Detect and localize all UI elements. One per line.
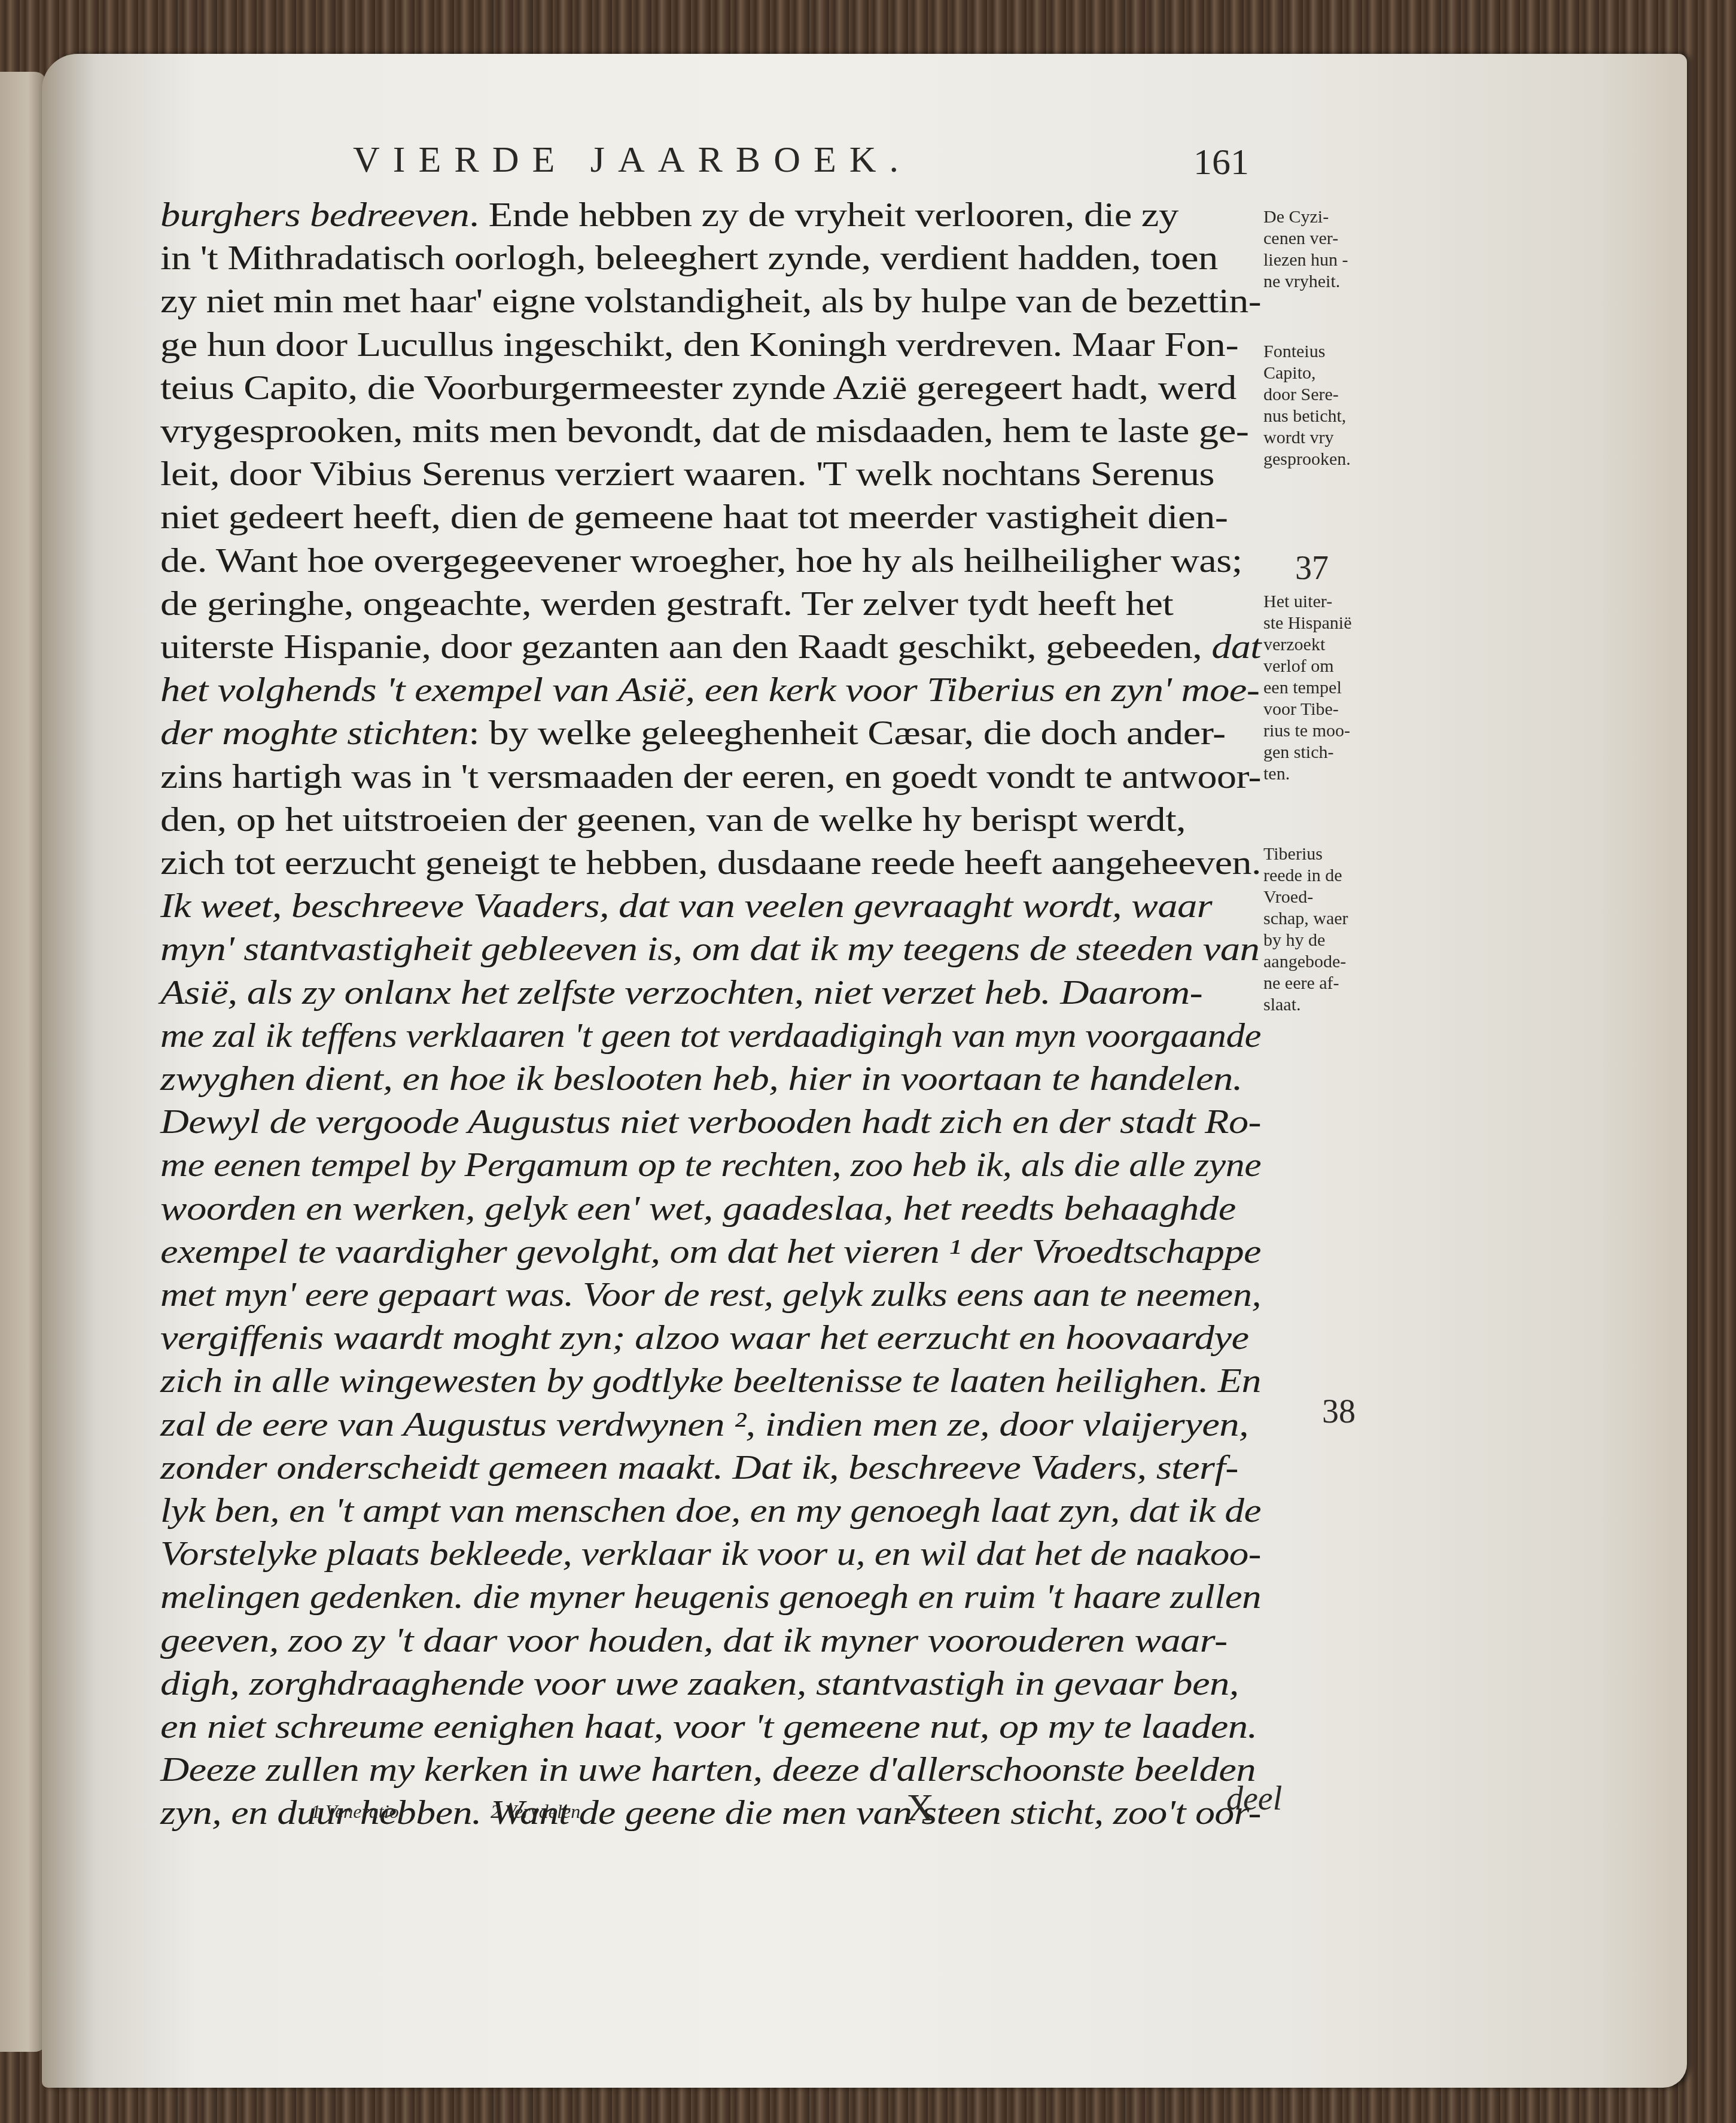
margin-note-line: Tiberius	[1263, 843, 1323, 865]
signature-mark: X	[906, 1786, 934, 1830]
footnote-1: 1 Veneratio.	[311, 1801, 404, 1823]
italic-segment: exempel te vaardigher gevolght, om dat h…	[160, 1232, 1261, 1271]
margin-note-line: Capito,	[1263, 363, 1316, 384]
italic-segment: zonder onderscheidt gemeen maakt. Dat ik…	[160, 1448, 1238, 1487]
text-line: woorden en werken, gelyk een' wet, gaade…	[160, 1188, 1236, 1228]
margin-note-line: ten.	[1263, 763, 1290, 785]
text-line: de. Want hoe overgegeevener wroegher, ho…	[160, 540, 1242, 580]
roman-segment: ge hun door Lucullus ingeschikt, den Kon…	[160, 325, 1238, 364]
margin-note-line: rius te moo-	[1263, 720, 1350, 742]
margin-note-line: aangebode-	[1263, 951, 1346, 973]
italic-segment: lyk ben, en 't ampt van menschen doe, en…	[160, 1491, 1261, 1530]
text-line: me zal ik teffens verklaaren 't geen tot…	[160, 1015, 1261, 1055]
section-number: 37	[1295, 549, 1329, 587]
italic-segment: me eenen tempel by Pergamum op te rechte…	[160, 1145, 1261, 1184]
italic-segment: der moghte stichten	[160, 713, 468, 752]
margin-note-line: ne eere af-	[1263, 973, 1339, 994]
italic-segment: en niet schreume eenighen haat, voor 't …	[160, 1707, 1257, 1746]
text-line: vergiffenis waardt moght zyn; alzoo waar…	[160, 1317, 1249, 1357]
running-header: VIERDE JAARBOEK.	[353, 139, 912, 181]
text-line: Dewyl de vergoode Augustus niet verboode…	[160, 1101, 1261, 1141]
italic-segment: met myn' eere gepaart was. Voor de rest,…	[160, 1275, 1261, 1314]
italic-segment: Ik weet, beschreeve Vaaders, dat van vee…	[160, 886, 1212, 925]
italic-segment: me zal ik teffens verklaaren 't geen tot…	[160, 1016, 1261, 1055]
roman-segment: in 't Mithradatisch oorlogh, beleeghert …	[160, 238, 1218, 277]
text-line: digh, zorghdraaghende voor uwe zaaken, s…	[160, 1663, 1239, 1703]
roman-segment: vrygesprooken, mits men bevondt, dat de …	[160, 411, 1248, 450]
italic-segment: vergiffenis waardt moght zyn; alzoo waar…	[160, 1318, 1249, 1357]
italic-segment: Vorstelyke plaats bekleede, verklaar ik …	[160, 1534, 1261, 1573]
margin-note-line: voor Tibe-	[1263, 699, 1339, 720]
catchword: deel	[1226, 1780, 1282, 1818]
italic-segment: woorden en werken, gelyk een' wet, gaade…	[160, 1189, 1236, 1227]
text-line: Vorstelyke plaats bekleede, verklaar ik …	[160, 1533, 1261, 1573]
section-number: 38	[1322, 1393, 1356, 1431]
text-line: der moghte stichten: by welke geleeghenh…	[160, 712, 1226, 753]
roman-segment: : by welke geleeghenheit Cæsar, die doch…	[468, 713, 1225, 752]
text-line: met myn' eere gepaart was. Voor de rest,…	[160, 1274, 1261, 1314]
margin-note-line: nus beticht,	[1263, 406, 1346, 427]
text-line: niet gedeert heeft, dien de gemeene haat…	[160, 497, 1228, 537]
text-line: burghers bedreeven. Ende hebben zy de vr…	[160, 194, 1178, 234]
margin-note-line: Het uiter-	[1263, 591, 1332, 613]
text-line: zins hartigh was in 't versmaaden der ee…	[160, 756, 1261, 796]
text-line: zy niet min met haar' eigne volstandighe…	[160, 281, 1261, 321]
text-line: en niet schreume eenighen haat, voor 't …	[160, 1706, 1257, 1746]
facing-page-edge	[0, 72, 47, 2052]
margin-note-line: Fonteius	[1263, 341, 1325, 363]
italic-segment: myn' stantvastigheit gebleeven is, om da…	[160, 929, 1259, 968]
margin-note-line: reede in de	[1263, 865, 1342, 887]
text-line: Asië, als zy onlanx het zelfste verzocht…	[160, 972, 1202, 1012]
text-line: zal de eere van Augustus verdwynen ², in…	[160, 1404, 1248, 1444]
italic-segment: zich in alle wingewesten by godtlyke bee…	[160, 1361, 1261, 1400]
italic-segment: Deeze zullen my kerken in uwe harten, de…	[160, 1750, 1256, 1789]
text-line: melingen gedenken. die myner heugenis ge…	[160, 1576, 1261, 1616]
text-line: het volghends 't exempel van Asië, een k…	[160, 669, 1259, 709]
italic-segment: Asië, als zy onlanx het zelfste verzocht…	[160, 973, 1202, 1012]
roman-segment: zy niet min met haar' eigne volstandighe…	[160, 281, 1261, 320]
margin-note-line: schap, waer	[1263, 908, 1348, 930]
margin-note-line: ste Hispanië	[1263, 613, 1351, 634]
text-line: lyk ben, en 't ampt van menschen doe, en…	[160, 1490, 1261, 1530]
margin-note-line: ne vryheit.	[1263, 271, 1340, 293]
roman-segment: zins hartigh was in 't versmaaden der ee…	[160, 757, 1261, 796]
text-line: zich in alle wingewesten by godtlyke bee…	[160, 1360, 1261, 1400]
roman-segment: den, op het uitstroeien der geenen, van …	[160, 800, 1186, 839]
roman-segment: de. Want hoe overgegeevener wroegher, ho…	[160, 541, 1242, 580]
text-line: ge hun door Lucullus ingeschikt, den Kon…	[160, 324, 1238, 364]
italic-segment: het volghends 't exempel van Asië, een k…	[160, 670, 1259, 709]
roman-segment: leit, door Vibius Serenus verziert waare…	[160, 454, 1214, 493]
italic-segment: geeven, zoo zy 't daar voor houden, dat …	[160, 1621, 1228, 1659]
roman-segment: de geringhe, ongeachte, werden gestraft.…	[160, 584, 1173, 623]
text-line: den, op het uitstroeien der geenen, van …	[160, 799, 1186, 839]
margin-note-line: een tempel	[1263, 677, 1342, 699]
margin-note-line: verzoekt	[1263, 634, 1325, 656]
italic-segment: digh, zorghdraaghende voor uwe zaaken, s…	[160, 1664, 1239, 1702]
text-line: zonder onderscheidt gemeen maakt. Dat ik…	[160, 1447, 1238, 1487]
italic-segment: zwyghen dient, en hoe ik beslooten heb, …	[160, 1059, 1242, 1098]
margin-note-line: by hy de	[1263, 930, 1325, 951]
text-line: me eenen tempel by Pergamum op te rechte…	[160, 1144, 1261, 1184]
margin-note-line: Vroed-	[1263, 887, 1313, 908]
roman-segment: zich tot eerzucht geneigt te hebben, dus…	[160, 843, 1261, 882]
roman-segment: . Ende hebben zy de vryheit verlooren, d…	[469, 195, 1178, 234]
italic-segment: zal de eere van Augustus verdwynen ², in…	[160, 1405, 1248, 1443]
text-line: in 't Mithradatisch oorlogh, beleeghert …	[160, 237, 1218, 278]
footnote-2: 2 Verydelen.	[491, 1801, 585, 1823]
roman-segment: teius Capito, die Voorburgermeester zynd…	[160, 368, 1236, 407]
margin-note-line: De Cyzi-	[1263, 206, 1329, 228]
italic-segment: melingen gedenken. die myner heugenis ge…	[160, 1577, 1261, 1616]
text-line: exempel te vaardigher gevolght, om dat h…	[160, 1231, 1261, 1271]
text-line: geeven, zoo zy 't daar voor houden, dat …	[160, 1620, 1228, 1660]
margin-note-line: gen stich-	[1263, 742, 1333, 763]
text-line: teius Capito, die Voorburgermeester zynd…	[160, 367, 1236, 407]
page-number: 161	[1193, 141, 1249, 184]
margin-note-line: cenen ver-	[1263, 228, 1338, 249]
text-line: vrygesprooken, mits men bevondt, dat de …	[160, 410, 1248, 450]
roman-segment: uiterste Hispanie, door gezanten aan den…	[160, 627, 1211, 666]
text-line: zwyghen dient, en hoe ik beslooten heb, …	[160, 1058, 1242, 1098]
text-line: zich tot eerzucht geneigt te hebben, dus…	[160, 842, 1261, 882]
margin-note-line: liezen hun -	[1263, 249, 1348, 271]
margin-note-line: verlof om	[1263, 656, 1333, 677]
text-line: myn' stantvastigheit gebleeven is, om da…	[160, 928, 1259, 968]
roman-segment: niet gedeert heeft, dien de gemeene haat…	[160, 497, 1228, 536]
italic-segment: dat	[1211, 627, 1261, 666]
margin-note-line: wordt vry	[1263, 427, 1333, 449]
text-line: Ik weet, beschreeve Vaaders, dat van vee…	[160, 885, 1212, 925]
text-line: Deeze zullen my kerken in uwe harten, de…	[160, 1749, 1256, 1789]
text-line: uiterste Hispanie, door gezanten aan den…	[160, 626, 1261, 666]
margin-note-line: slaat.	[1263, 994, 1301, 1016]
margin-note-line: door Sere-	[1263, 384, 1339, 406]
italic-segment: burghers bedreeven	[160, 195, 469, 234]
text-line: leit, door Vibius Serenus verziert waare…	[160, 453, 1214, 494]
margin-note-line: gesprooken.	[1263, 449, 1351, 470]
italic-segment: Dewyl de vergoode Augustus niet verboode…	[160, 1102, 1261, 1141]
text-line: de geringhe, ongeachte, werden gestraft.…	[160, 583, 1173, 623]
